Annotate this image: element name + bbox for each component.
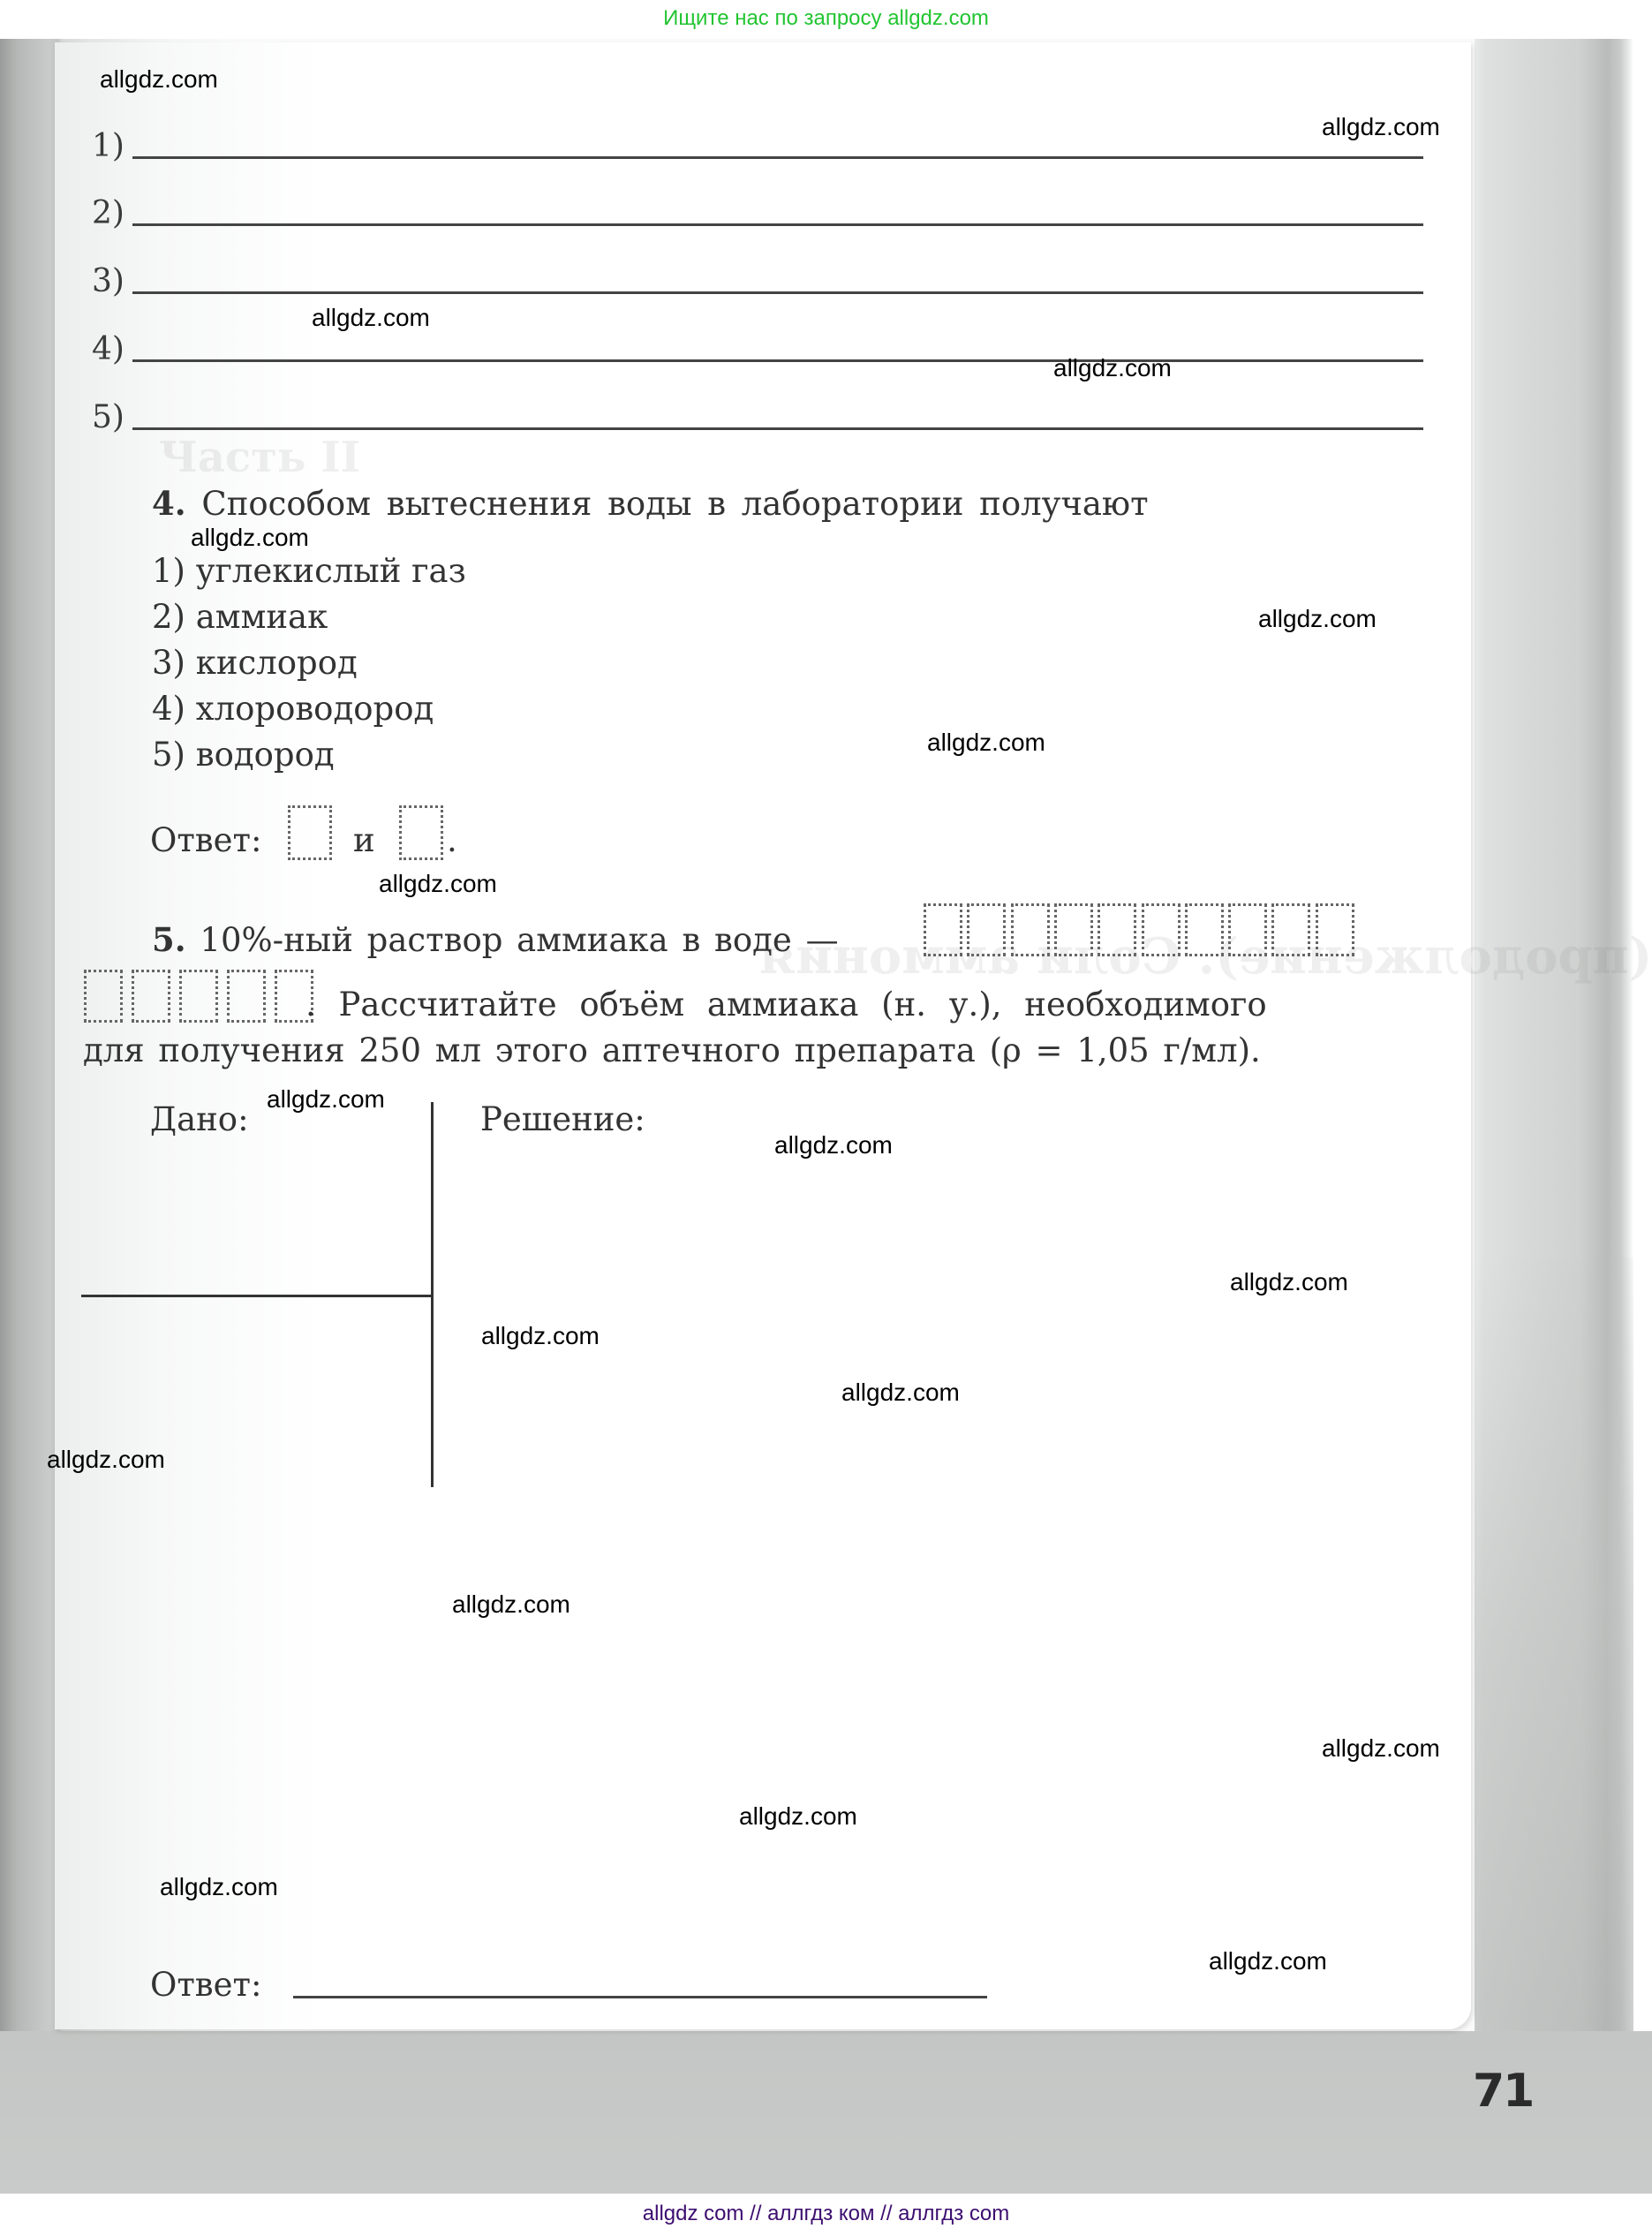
final-answer-line[interactable] <box>293 1996 987 1998</box>
option-5: 5) водород <box>152 736 335 774</box>
watermark: allgdz.com <box>841 1379 960 1407</box>
watermark: allgdz.com <box>1053 354 1172 382</box>
book-edge <box>1475 39 1652 2194</box>
letter-box[interactable] <box>1228 903 1267 956</box>
watermark: allgdz.com <box>312 304 430 332</box>
question-5-text-part2: . Рассчитайте объём аммиака (н. у.), нео… <box>306 986 1267 1024</box>
answer-box-1[interactable] <box>288 805 332 860</box>
letter-box[interactable] <box>1011 903 1050 956</box>
watermark: allgdz.com <box>267 1085 385 1114</box>
watermark: allgdz.com <box>481 1322 600 1350</box>
watermark: allgdz.com <box>927 729 1045 757</box>
given-area[interactable] <box>81 1148 429 1484</box>
letter-box[interactable] <box>1054 903 1093 956</box>
watermark: allgdz.com <box>1209 1947 1327 1975</box>
letter-box[interactable] <box>1142 903 1181 956</box>
solution-area[interactable] <box>436 1148 1425 1925</box>
top-banner[interactable]: Ищите нас по запросу allgdz.com <box>0 0 1652 39</box>
bottom-banner[interactable]: allgdz com // аллгдз ком // аллгдз com <box>0 2194 1652 2236</box>
option-1: 1) углекислый газ <box>152 552 466 591</box>
watermark: allgdz.com <box>739 1802 857 1831</box>
watermark: allgdz.com <box>1322 1734 1440 1763</box>
line-label: 2) <box>92 194 124 233</box>
watermark: allgdz.com <box>47 1446 165 1474</box>
answer-line-3[interactable] <box>132 291 1423 294</box>
line-label: 5) <box>92 398 124 437</box>
page-number: 71 <box>1473 2065 1533 2118</box>
solution-label: Решение: <box>480 1100 645 1139</box>
option-4: 4) хлороводород <box>152 690 434 729</box>
letter-box[interactable] <box>1316 903 1354 956</box>
letter-box[interactable] <box>967 903 1006 956</box>
given-label: Дано: <box>150 1100 249 1139</box>
question-4-number: 4. <box>152 484 186 523</box>
option-3: 3) кислород <box>152 644 358 683</box>
question-5-text-part1: 10%-ный раствор аммиака в воде — <box>200 921 838 959</box>
line-label: 4) <box>92 330 124 369</box>
answer-conjunction: и <box>353 821 375 860</box>
book-bottom-edge <box>0 2031 1652 2194</box>
watermark: allgdz.com <box>191 524 309 552</box>
watermark: allgdz.com <box>160 1873 278 1901</box>
answer-box-2[interactable] <box>399 805 443 860</box>
letter-box[interactable] <box>84 970 123 1023</box>
answer-line-5[interactable] <box>132 427 1423 430</box>
letter-box[interactable] <box>1098 903 1136 956</box>
watermark: allgdz.com <box>100 65 218 94</box>
watermark: allgdz.com <box>1322 113 1440 141</box>
question-4-title: 4. Способом вытеснения воды в лаборатори… <box>152 484 1149 524</box>
question-4-text: Способом вытеснения воды в лаборатории п… <box>201 485 1148 523</box>
letter-box[interactable] <box>1271 903 1310 956</box>
watermark: allgdz.com <box>774 1131 893 1160</box>
answer-period: . <box>447 821 457 860</box>
option-2: 2) аммиак <box>152 598 328 637</box>
show-through-text: Часть II <box>159 433 360 482</box>
letter-box[interactable] <box>179 970 218 1023</box>
letter-box[interactable] <box>132 970 170 1023</box>
answer-line-4[interactable] <box>132 359 1423 362</box>
line-label: 1) <box>92 127 124 166</box>
line-label: 3) <box>92 262 124 301</box>
answer-line-1[interactable] <box>132 156 1423 159</box>
question-5-text-part3: для получения 250 мл этого аптечного пре… <box>83 1031 1261 1070</box>
watermark: allgdz.com <box>452 1590 570 1619</box>
watermark: allgdz.com <box>1230 1268 1348 1296</box>
answer-label: Ответ: <box>150 821 261 860</box>
question-5-title: 5. 10%-ный раствор аммиака в воде — <box>152 920 839 960</box>
final-answer-label: Ответ: <box>150 1966 261 2005</box>
letter-box[interactable] <box>924 903 962 956</box>
watermark: allgdz.com <box>1258 605 1377 633</box>
question-5-number: 5. <box>152 920 186 959</box>
letter-box[interactable] <box>227 970 266 1023</box>
letter-box[interactable] <box>1185 903 1224 956</box>
watermark: allgdz.com <box>379 870 497 898</box>
answer-line-2[interactable] <box>132 223 1423 226</box>
